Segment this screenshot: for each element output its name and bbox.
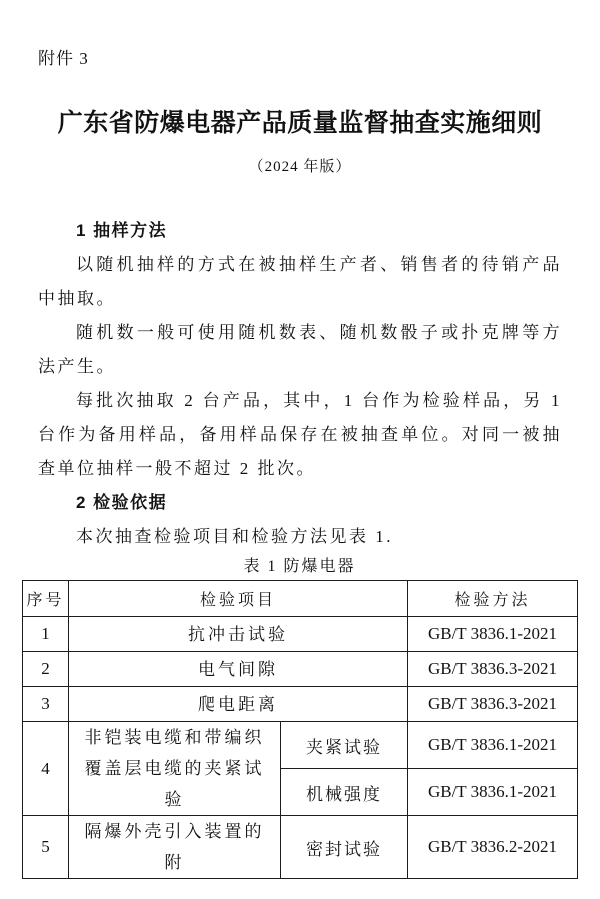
cell-subitem: 密封试验 bbox=[281, 816, 408, 879]
cell-method: GB/T 3836.1-2021 bbox=[408, 617, 578, 652]
table-row: 1 抗冲击试验 GB/T 3836.1-2021 bbox=[23, 617, 578, 652]
inspection-table: 序号 检验项目 检验方法 1 抗冲击试验 GB/T 3836.1-2021 2 … bbox=[22, 580, 578, 879]
table-row: 4 非铠装电缆和带编织覆盖层电缆的夹紧试验 夹紧试验 GB/T 3836.1-2… bbox=[23, 722, 578, 769]
cell-no: 4 bbox=[23, 722, 69, 816]
section-heading-inspection-basis: 2 检验依据 bbox=[38, 486, 562, 520]
cell-no: 3 bbox=[23, 687, 69, 722]
header-cell-method: 检验方法 bbox=[408, 581, 578, 617]
cell-item: 非铠装电缆和带编织覆盖层电缆的夹紧试验 bbox=[69, 722, 281, 816]
attachment-label: 附件 3 bbox=[38, 47, 562, 71]
table-row: 5 隔爆外壳引入装置的附 密封试验 GB/T 3836.2-2021 bbox=[23, 816, 578, 879]
cell-item: 抗冲击试验 bbox=[69, 617, 408, 652]
cell-method: GB/T 3836.1-2021 bbox=[408, 722, 578, 769]
paragraph-random-sampling: 以随机抽样的方式在被抽样生产者、销售者的待销产品中抽取。 bbox=[38, 248, 562, 316]
cell-item: 爬电距离 bbox=[69, 687, 408, 722]
table-row: 3 爬电距离 GB/T 3836.3-2021 bbox=[23, 687, 578, 722]
cell-item: 隔爆外壳引入装置的附 bbox=[69, 816, 281, 879]
cell-method: GB/T 3836.3-2021 bbox=[408, 687, 578, 722]
header-cell-no: 序号 bbox=[23, 581, 69, 617]
cell-method: GB/T 3836.1-2021 bbox=[408, 769, 578, 816]
paragraph-batch-quantity: 每批次抽取 2 台产品，其中，1 台作为检验样品，另 1 台作为备用样品，备用样… bbox=[38, 384, 562, 486]
cell-item: 电气间隙 bbox=[69, 652, 408, 687]
document-body: 1 抽样方法 以随机抽样的方式在被抽样生产者、销售者的待销产品中抽取。 随机数一… bbox=[38, 214, 562, 554]
cell-method: GB/T 3836.2-2021 bbox=[408, 816, 578, 879]
paragraph-random-number: 随机数一般可使用随机数表、随机数骰子或扑克牌等方法产生。 bbox=[38, 316, 562, 384]
header-cell-item: 检验项目 bbox=[69, 581, 408, 617]
cell-no: 2 bbox=[23, 652, 69, 687]
cell-no: 5 bbox=[23, 816, 69, 879]
cell-subitem: 机械强度 bbox=[281, 769, 408, 816]
cell-subitem: 夹紧试验 bbox=[281, 722, 408, 769]
table-row: 2 电气间隙 GB/T 3836.3-2021 bbox=[23, 652, 578, 687]
table-caption: 表 1 防爆电器 bbox=[22, 556, 577, 577]
inspection-table-area: 表 1 防爆电器 序号 检验项目 检验方法 1 抗冲击试验 GB/T 3836.… bbox=[22, 556, 577, 879]
document-page: 附件 3 广东省防爆电器产品质量监督抽查实施细则 （2024 年版） 1 抽样方… bbox=[0, 0, 600, 899]
document-edition: （2024 年版） bbox=[38, 155, 562, 179]
table-header-row: 序号 检验项目 检验方法 bbox=[23, 581, 578, 617]
cell-method: GB/T 3836.3-2021 bbox=[408, 652, 578, 687]
section-heading-sampling-method: 1 抽样方法 bbox=[38, 214, 562, 248]
document-title: 广东省防爆电器产品质量监督抽查实施细则 bbox=[38, 105, 562, 141]
cell-no: 1 bbox=[23, 617, 69, 652]
paragraph-see-table: 本次抽查检验项目和检验方法见表 1. bbox=[38, 520, 562, 554]
